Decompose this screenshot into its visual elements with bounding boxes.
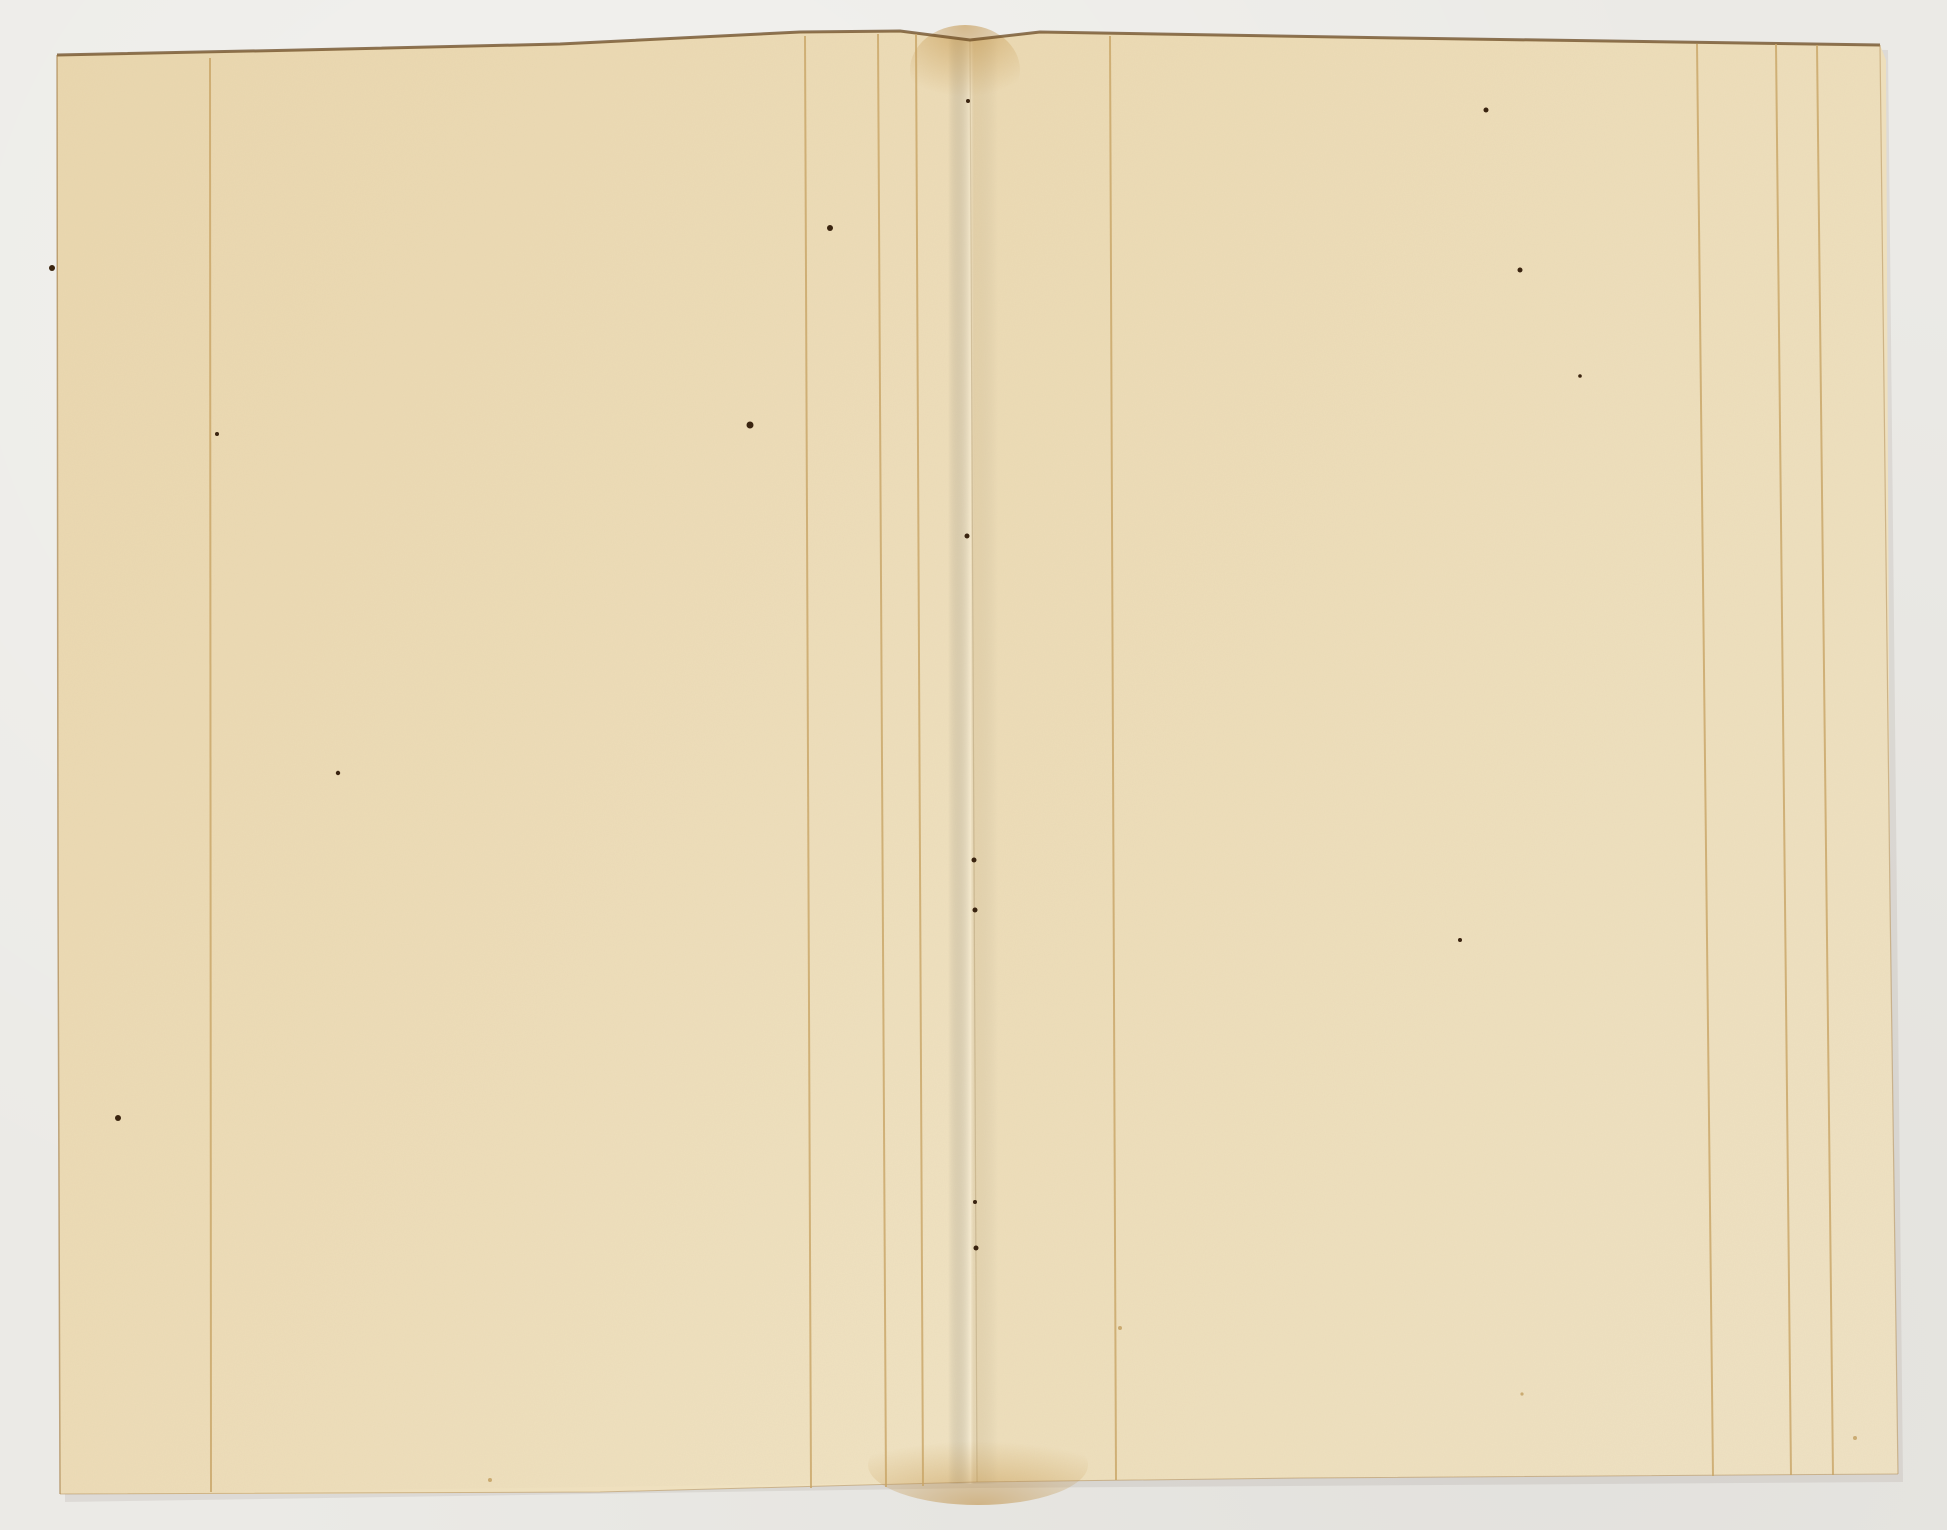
ledger-sheet bbox=[0, 0, 1947, 1530]
paper-illustration bbox=[0, 0, 1947, 1530]
